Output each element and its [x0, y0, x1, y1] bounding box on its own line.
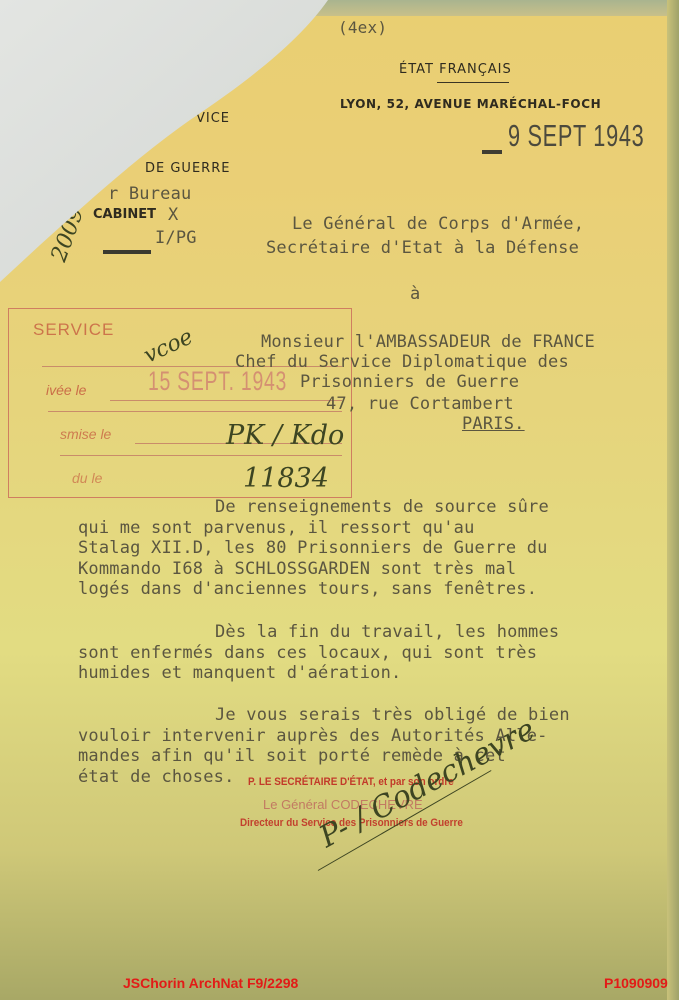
body-line: qui me sont parvenus, il ressort qu'au: [78, 518, 475, 538]
body-line: De renseignements de source sûre: [215, 497, 549, 517]
recipient-line-1: Monsieur l'AMBASSADEUR de FRANCE: [261, 332, 595, 352]
sender-to: à: [410, 284, 420, 304]
stamp-rule: [60, 455, 342, 456]
stamp-rule: [48, 411, 342, 412]
body-line: Stalag XII.D, les 80 Prisonniers de Guer…: [78, 538, 548, 558]
sender-line-1: Le Général de Corps d'Armée,: [292, 214, 584, 234]
cabinet-suffix: X: [168, 205, 178, 225]
body-line: logés dans d'anciennes tours, sans fenêt…: [78, 579, 537, 599]
page-edge: [667, 0, 679, 1000]
archive-reference: JSChorin ArchNat F9/2298: [123, 975, 298, 991]
service-header: VICE: [196, 111, 230, 126]
state-heading: ÉTAT FRANÇAIS: [399, 62, 512, 77]
stamp-rule: [110, 400, 342, 401]
stamp-field-arrivee: ivée le: [46, 382, 86, 398]
body-line: état de choses.: [78, 767, 235, 787]
recipient-line-2: Chef du Service Diplomatique des: [235, 352, 569, 372]
body-line: sont enfermés dans ces locaux, qui sont …: [78, 643, 537, 663]
recipient-line-4: 47, rue Cortambert: [326, 394, 514, 414]
state-underline: [437, 82, 509, 83]
stamp-field-remise: smise le: [60, 426, 111, 442]
body-line: humides et manquent d'aération.: [78, 663, 401, 683]
address-line: LYON, 52, AVENUE MARÉCHAL-FOCH: [340, 97, 601, 111]
copies-note: (4ex): [338, 18, 387, 37]
date-stamp: 9 SEPT 1943: [508, 118, 644, 154]
reference-bar: [103, 250, 151, 254]
annotation-ref: PK / Kdo: [226, 420, 344, 451]
department-header: DE GUERRE: [145, 161, 230, 176]
annotation-number: 11834: [243, 463, 329, 494]
recipient-line-5: PARIS.: [462, 414, 525, 434]
body-line: Dès la fin du travail, les hommes: [215, 622, 559, 642]
cabinet-stamp: CABINET: [93, 207, 156, 222]
stamp-field-du: du le: [72, 470, 102, 486]
stamp-mark: [482, 150, 502, 154]
photo-id: P1090909: [604, 975, 668, 991]
sender-line-2: Secrétaire d'Etat à la Défense: [266, 238, 579, 258]
reference-code: I/PG: [155, 228, 197, 248]
stamp-title: SERVICE: [33, 320, 114, 340]
bureau-line: r Bureau: [108, 184, 191, 204]
recipient-line-3: Prisonniers de Guerre: [300, 372, 519, 392]
body-line: Kommando I68 à SCHLOSSGARDEN sont très m…: [78, 559, 516, 579]
background-strip: [300, 0, 679, 16]
